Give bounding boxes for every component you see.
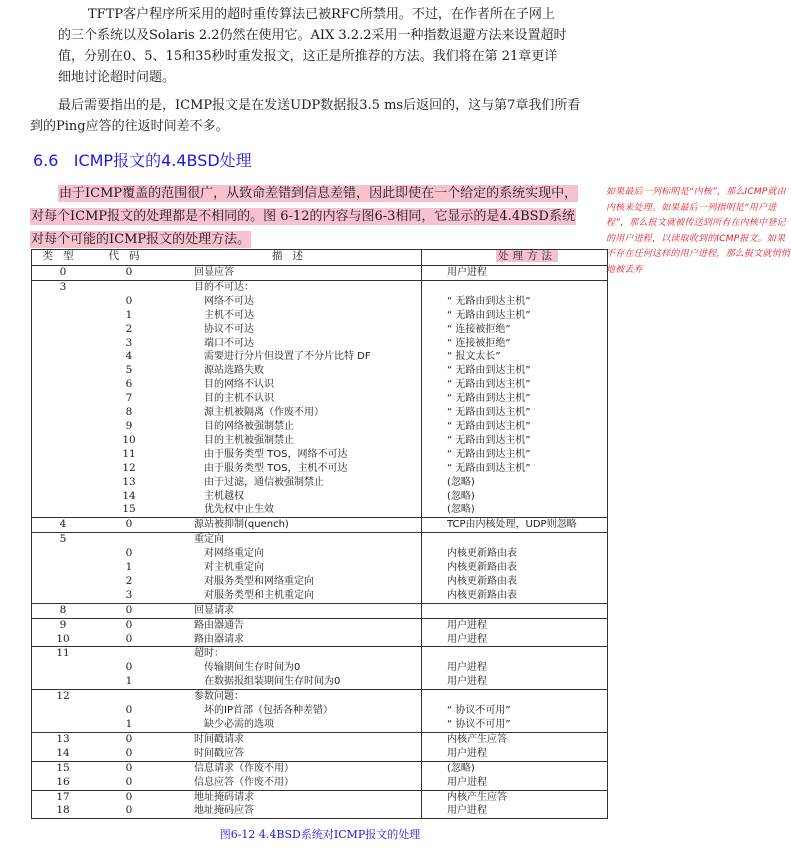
cell-code: 0 <box>94 761 164 775</box>
cell-type: 5 <box>32 533 95 547</box>
cell-type <box>32 392 95 406</box>
cell-method: “ 报文太长” <box>422 350 608 364</box>
cell-code: 0 <box>94 747 164 761</box>
figure-caption: 图6-12 4.4BSD系统对ICMP报文的处理 <box>0 826 640 842</box>
cell-type <box>32 309 95 323</box>
table-row: 3对服务类型和主机重定向内核更新路由表 <box>32 589 608 603</box>
cell-method: “ 无路由到达主机” <box>422 406 608 420</box>
cell-method: (忽略) <box>422 503 608 517</box>
cell-description: 源站被抑制(quench) <box>164 518 422 533</box>
table-row: 12参数问题： <box>32 690 608 704</box>
cell-method: 用户进程 <box>422 747 608 761</box>
table-row: 1主机不可达“ 无路由到达主机” <box>32 309 608 323</box>
cell-code: 1 <box>94 309 164 323</box>
cell-method: “ 无路由到达主机” <box>422 364 608 378</box>
section-title: 6.6 ICMP报文的4.4BSD处理 <box>33 148 252 171</box>
cell-type: 17 <box>32 790 95 804</box>
table-row: 1在数据报组装期间生存时间为0用户进程 <box>32 675 608 689</box>
table-row: 5重定向 <box>32 533 608 547</box>
cell-code: 8 <box>94 406 164 420</box>
table-row: 3目的不可达： <box>32 280 608 294</box>
cell-code: 6 <box>94 378 164 392</box>
cell-code <box>94 647 164 661</box>
cell-method: “ 无路由到达主机” <box>422 448 608 462</box>
table-row: 160信息应答（作废不用）用户进程 <box>32 776 608 790</box>
icmp-handling-table: 类型 代码 描述 处理方法 00回显应答用户进程3目的不可达：0网络不可达“ 无… <box>31 249 608 819</box>
cell-type: 9 <box>32 618 95 632</box>
cell-description: 主机越权 <box>164 490 422 504</box>
paragraph-icmp-return: 最后需要指出的是，ICMP报文是在发送UDP数据报3.5 ms后返回的，这与第7… <box>30 95 610 137</box>
cell-description: 对服务类型和网络重定向 <box>164 575 422 589</box>
cell-code: 0 <box>94 732 164 746</box>
cell-code: 0 <box>94 790 164 804</box>
cell-type <box>32 378 95 392</box>
paragraph-line: 由于ICMP覆盖的范围很广，从致命差错到信息差错，因此即使在一个给定的系统实现中… <box>30 182 610 205</box>
cell-type <box>32 675 95 689</box>
cell-description: 需要进行分片但设置了不分片比特 DF <box>164 350 422 364</box>
cell-code: 0 <box>94 518 164 533</box>
cell-description: 传输期间生存时间为0 <box>164 661 422 675</box>
cell-type: 15 <box>32 761 95 775</box>
cell-method: 内核更新路由表 <box>422 589 608 603</box>
table-row: 11由于服务类型 TOS，网络不可达“ 无路由到达主机” <box>32 448 608 462</box>
cell-type: 12 <box>32 690 95 704</box>
table-row: 1对主机重定向内核更新路由表 <box>32 561 608 575</box>
cell-type <box>32 503 95 517</box>
cell-code <box>94 533 164 547</box>
section-heading: ICMP报文的4.4BSD处理 <box>74 151 252 170</box>
cell-method: TCP由内核处理，UDP则忽略 <box>422 518 608 533</box>
cell-description: 目的主机不认识 <box>164 392 422 406</box>
table-row: 8源主机被隔离（作废不用）“ 无路由到达主机” <box>32 406 608 420</box>
cell-type: 0 <box>32 266 95 281</box>
paragraph-line: TFTP客户程序所采用的超时重传算法已被RFC所禁用。不过，在作者所在子网上 <box>30 4 610 25</box>
cell-method: (忽略) <box>422 761 608 775</box>
cell-method: 内核产生应答 <box>422 732 608 746</box>
cell-code: 11 <box>94 448 164 462</box>
paragraph-line: 到的Ping应答的往返时间差不多。 <box>30 116 610 137</box>
cell-method: “ 无路由到达主机” <box>422 462 608 476</box>
table-row: 140时间戳应答用户进程 <box>32 747 608 761</box>
table-row: 3端口不可达“ 连接被拒绝” <box>32 337 608 351</box>
cell-description: 信息应答（作废不用） <box>164 776 422 790</box>
table-row: 7目的主机不认识“ 无路由到达主机” <box>32 392 608 406</box>
cell-code: 15 <box>94 503 164 517</box>
cell-method: “ 无路由到达主机” <box>422 378 608 392</box>
table-row: 90路由器通告用户进程 <box>32 618 608 632</box>
cell-description: 由于过滤，通信被强制禁止 <box>164 476 422 490</box>
cell-method: 内核更新路由表 <box>422 561 608 575</box>
cell-type <box>32 434 95 448</box>
cell-code: 0 <box>94 633 164 647</box>
paragraph-line: 细地讨论超时问题。 <box>30 67 610 88</box>
table-row: 0对网络重定向内核更新路由表 <box>32 547 608 561</box>
cell-code <box>94 280 164 294</box>
cell-description: 参数问题： <box>164 690 422 704</box>
cell-method: 内核产生应答 <box>422 790 608 804</box>
cell-code: 0 <box>94 618 164 632</box>
cell-method: 用户进程 <box>422 661 608 675</box>
cell-description: 回显请求 <box>164 603 422 618</box>
cell-description: 地址掩码应答 <box>164 804 422 818</box>
cell-code: 0 <box>94 804 164 818</box>
cell-code: 1 <box>94 561 164 575</box>
table-row: 150信息请求（作废不用）(忽略) <box>32 761 608 775</box>
cell-description: 回显应答 <box>164 266 422 281</box>
cell-type <box>32 561 95 575</box>
cell-method: 用户进程 <box>422 633 608 647</box>
table-body: 00回显应答用户进程3目的不可达：0网络不可达“ 无路由到达主机”1主机不可达“… <box>32 266 608 819</box>
cell-method: 用户进程 <box>422 618 608 632</box>
cell-method: 用户进程 <box>422 776 608 790</box>
cell-type: 16 <box>32 776 95 790</box>
cell-type <box>32 589 95 603</box>
cell-method: 用户进程 <box>422 675 608 689</box>
cell-code: 13 <box>94 476 164 490</box>
cell-method: (忽略) <box>422 490 608 504</box>
cell-type: 13 <box>32 732 95 746</box>
cell-type: 8 <box>32 603 95 618</box>
cell-description: 由于服务类型 TOS，网络不可达 <box>164 448 422 462</box>
cell-method <box>422 533 608 547</box>
table-row: 14主机越权(忽略) <box>32 490 608 504</box>
cell-method: 内核更新路由表 <box>422 575 608 589</box>
cell-description: 信息请求（作废不用） <box>164 761 422 775</box>
table-row: 80回显请求 <box>32 603 608 618</box>
table-row: 11超时： <box>32 647 608 661</box>
cell-code: 5 <box>94 364 164 378</box>
header-type: 类型 <box>32 250 95 266</box>
cell-code: 12 <box>94 462 164 476</box>
cell-description: 主机不可达 <box>164 309 422 323</box>
table-row: 00回显应答用户进程 <box>32 266 608 281</box>
table-row: 2协议不可达“ 连接被拒绝” <box>32 323 608 337</box>
cell-description: 对主机重定向 <box>164 561 422 575</box>
cell-description: 缺少必需的选项 <box>164 718 422 732</box>
cell-description: 路由器请求 <box>164 633 422 647</box>
cell-code: 0 <box>94 266 164 281</box>
table-row: 9目的网络被强制禁止“ 无路由到达主机” <box>32 420 608 434</box>
cell-type: 4 <box>32 518 95 533</box>
table-row: 12由于服务类型 TOS，主机不可达“ 无路由到达主机” <box>32 462 608 476</box>
cell-description: 源站选路失败 <box>164 364 422 378</box>
cell-method: “ 无路由到达主机” <box>422 434 608 448</box>
cell-type <box>32 406 95 420</box>
cell-code: 1 <box>94 675 164 689</box>
cell-description: 时间戳应答 <box>164 747 422 761</box>
paragraph-line: 的三个系统以及Solaris 2.2仍然在使用它。AIX 3.2.2采用一种指数… <box>30 25 610 46</box>
header-code: 代码 <box>94 250 164 266</box>
cell-method: 内核更新路由表 <box>422 547 608 561</box>
cell-type <box>32 462 95 476</box>
header-method-label: 处理方法 <box>496 250 558 262</box>
cell-description: 坏的IP首部（包括各种差错） <box>164 704 422 718</box>
paragraph-line: 最后需要指出的是，ICMP报文是在发送UDP数据报3.5 ms后返回的，这与第7… <box>30 95 610 116</box>
paragraph-line: 对每个可能的ICMP报文的处理方法。 <box>30 228 610 251</box>
table-row: 40源站被抑制(quench)TCP由内核处理，UDP则忽略 <box>32 518 608 533</box>
header-desc: 描述 <box>164 250 422 266</box>
cell-type <box>32 350 95 364</box>
cell-method: “ 连接被拒绝” <box>422 337 608 351</box>
cell-code: 7 <box>94 392 164 406</box>
handwritten-annotation: 如果最后一列标明是“内核”，那么ICMP就由内核来处理。如果最后一列指明是“用户… <box>606 185 790 278</box>
table-row: 130时间戳请求内核产生应答 <box>32 732 608 746</box>
table-row: 100路由器请求用户进程 <box>32 633 608 647</box>
table-row: 1缺少必需的选项“ 协议不可用” <box>32 718 608 732</box>
cell-code: 4 <box>94 350 164 364</box>
table-row: 180地址掩码应答用户进程 <box>32 804 608 818</box>
table-row: 5源站选路失败“ 无路由到达主机” <box>32 364 608 378</box>
cell-code: 3 <box>94 337 164 351</box>
highlight: 对每个可能的ICMP报文的处理方法。 <box>30 231 251 248</box>
cell-description: 目的不可达： <box>164 280 422 294</box>
table-row: 0网络不可达“ 无路由到达主机” <box>32 295 608 309</box>
cell-method: “ 无路由到达主机” <box>422 295 608 309</box>
cell-type: 14 <box>32 747 95 761</box>
cell-type <box>32 364 95 378</box>
cell-type: 18 <box>32 804 95 818</box>
cell-description: 优先权中止生效 <box>164 503 422 517</box>
cell-code: 14 <box>94 490 164 504</box>
cell-type <box>32 490 95 504</box>
paragraph-line: 对每个ICMP报文的处理都是不相同的。图 6-12的内容与图6-3相同，它显示的… <box>30 205 610 228</box>
cell-method <box>422 603 608 618</box>
cell-code <box>94 690 164 704</box>
cell-code: 0 <box>94 704 164 718</box>
cell-description: 端口不可达 <box>164 337 422 351</box>
cell-description: 对服务类型和主机重定向 <box>164 589 422 603</box>
cell-method: “ 连接被拒绝” <box>422 323 608 337</box>
cell-description: 目的主机被强制禁止 <box>164 434 422 448</box>
table-row: 15优先权中止生效(忽略) <box>32 503 608 517</box>
cell-method: 用户进程 <box>422 804 608 818</box>
cell-code: 2 <box>94 323 164 337</box>
cell-type: 10 <box>32 633 95 647</box>
cell-code: 1 <box>94 718 164 732</box>
cell-type <box>32 295 95 309</box>
cell-method <box>422 280 608 294</box>
cell-code: 0 <box>94 547 164 561</box>
cell-description: 目的网络不认识 <box>164 378 422 392</box>
table-row: 0坏的IP首部（包括各种差错）“ 协议不可用” <box>32 704 608 718</box>
cell-method <box>422 690 608 704</box>
highlight: 由于ICMP覆盖的范围很广，从致命差错到信息差错，因此即使在一个给定的系统实现中… <box>58 185 578 202</box>
cell-type <box>32 547 95 561</box>
cell-code: 2 <box>94 575 164 589</box>
cell-type <box>32 661 95 675</box>
cell-code: 3 <box>94 589 164 603</box>
cell-description: 地址掩码请求 <box>164 790 422 804</box>
cell-type <box>32 448 95 462</box>
cell-description: 路由器通告 <box>164 618 422 632</box>
cell-type <box>32 420 95 434</box>
table-row: 170地址掩码请求内核产生应答 <box>32 790 608 804</box>
cell-description: 协议不可达 <box>164 323 422 337</box>
cell-type: 11 <box>32 647 95 661</box>
table-row: 4需要进行分片但设置了不分片比特 DF“ 报文太长” <box>32 350 608 364</box>
cell-description: 时间戳请求 <box>164 732 422 746</box>
cell-description: 对网络重定向 <box>164 547 422 561</box>
table-header-row: 类型 代码 描述 处理方法 <box>32 250 608 266</box>
table-row: 6目的网络不认识“ 无路由到达主机” <box>32 378 608 392</box>
cell-type <box>32 718 95 732</box>
cell-code: 0 <box>94 661 164 675</box>
cell-method: “ 无路由到达主机” <box>422 309 608 323</box>
cell-code: 10 <box>94 434 164 448</box>
cell-description: 目的网络被强制禁止 <box>164 420 422 434</box>
table-row: 13由于过滤，通信被强制禁止(忽略) <box>32 476 608 490</box>
paragraph-tftp-timeout: TFTP客户程序所采用的超时重传算法已被RFC所禁用。不过，在作者所在子网上 的… <box>30 4 610 88</box>
cell-code: 9 <box>94 420 164 434</box>
cell-description: 由于服务类型 TOS，主机不可达 <box>164 462 422 476</box>
cell-description: 重定向 <box>164 533 422 547</box>
cell-method: “ 无路由到达主机” <box>422 392 608 406</box>
cell-code: 0 <box>94 295 164 309</box>
cell-method: 用户进程 <box>422 266 608 281</box>
header-method: 处理方法 <box>422 250 608 266</box>
cell-type <box>32 704 95 718</box>
cell-description: 在数据报组装期间生存时间为0 <box>164 675 422 689</box>
cell-type <box>32 323 95 337</box>
paragraph-highlighted: 由于ICMP覆盖的范围很广，从致命差错到信息差错，因此即使在一个给定的系统实现中… <box>30 182 610 251</box>
cell-type <box>32 476 95 490</box>
cell-code: 0 <box>94 603 164 618</box>
cell-description: 源主机被隔离（作废不用） <box>164 406 422 420</box>
cell-method: (忽略) <box>422 476 608 490</box>
cell-type: 3 <box>32 280 95 294</box>
table-row: 2对服务类型和网络重定向内核更新路由表 <box>32 575 608 589</box>
cell-method: “ 协议不可用” <box>422 704 608 718</box>
paragraph-line: 值，分别在0、5、15和35秒时重发报文，这正是所推荐的方法。我们将在第 21章… <box>30 46 610 67</box>
cell-method: “ 协议不可用” <box>422 718 608 732</box>
table-row: 0传输期间生存时间为0用户进程 <box>32 661 608 675</box>
table-row: 10目的主机被强制禁止“ 无路由到达主机” <box>32 434 608 448</box>
cell-method <box>422 647 608 661</box>
cell-description: 超时： <box>164 647 422 661</box>
section-number: 6.6 <box>33 151 58 170</box>
cell-type <box>32 337 95 351</box>
cell-method: “ 无路由到达主机” <box>422 420 608 434</box>
cell-type <box>32 575 95 589</box>
highlight: 对每个ICMP报文的处理都是不相同的。图 6-12的内容与图6-3相同，它显示的… <box>30 208 576 225</box>
cell-description: 网络不可达 <box>164 295 422 309</box>
cell-code: 0 <box>94 776 164 790</box>
